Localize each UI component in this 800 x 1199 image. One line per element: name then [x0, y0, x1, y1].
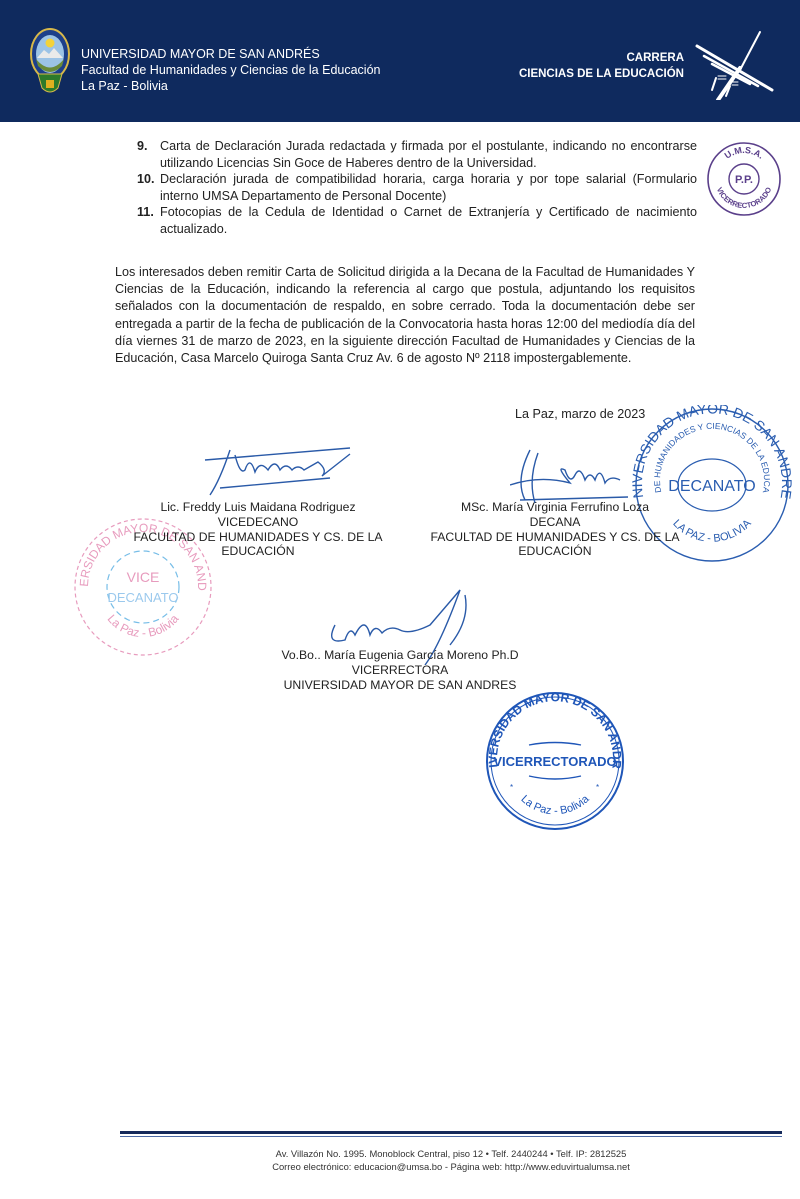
career-label: CARRERA: [519, 50, 684, 66]
footer-divider: [120, 1131, 782, 1137]
item-text: Carta de Declaración Jurada redactada y …: [160, 138, 697, 171]
signer-title: VICEDECANO: [113, 515, 403, 530]
faculty-name: Facultad de Humanidades y Ciencias de la…: [81, 62, 380, 78]
footer-address: Av. Villazón No. 1995. Monoblock Central…: [120, 1147, 782, 1160]
university-name: UNIVERSIDAD MAYOR DE SAN ANDRÉS: [81, 46, 380, 62]
item-number: 11.: [137, 204, 160, 237]
svg-text:La Paz - Bolivia: La Paz - Bolivia: [105, 612, 182, 640]
list-item: 9. Carta de Declaración Jurada redactada…: [137, 138, 697, 171]
signer-unit: FACULTAD DE HUMANIDADES Y CS. DE LA: [410, 530, 700, 545]
svg-text:La Paz - Bolivia: La Paz - Bolivia: [518, 792, 592, 817]
footer: Av. Villazón No. 1995. Monoblock Central…: [120, 1147, 782, 1173]
nazca-condor-icon: [692, 28, 784, 100]
list-item: 10. Declaración jurada de compatibilidad…: [137, 171, 697, 204]
signer-name: MSc. María Virginia Ferrufino Loza: [410, 500, 700, 515]
signer-unit: FACULTAD DE HUMANIDADES Y CS. DE LA: [113, 530, 403, 545]
signature-block-decana: MSc. María Virginia Ferrufino Loza DECAN…: [410, 500, 700, 559]
item-text: Fotocopias de la Cedula de Identidad o C…: [160, 204, 697, 237]
footer-contact: Correo electrónico: educacion@umsa.bo - …: [120, 1160, 782, 1173]
svg-text:VICERRECTORADO: VICERRECTORADO: [715, 186, 774, 210]
pp-vicerrectorado-stamp: U.M.S.A. VICERRECTORADO P.P.: [705, 140, 783, 218]
signer-title: VICERRECTORA: [230, 663, 570, 678]
instructions-paragraph: Los interesados deben remitir Carta de S…: [115, 264, 695, 367]
signer-name: Vo.Bo.. María Eugenia García Moreno Ph.D: [230, 648, 570, 663]
location: La Paz - Bolivia: [81, 78, 380, 94]
svg-text:VICERRECTORADO: VICERRECTORADO: [493, 754, 616, 769]
item-number: 10.: [137, 171, 160, 204]
item-number: 9.: [137, 138, 160, 171]
svg-text:VICE: VICE: [127, 569, 160, 585]
signature-vicedecano: [200, 440, 360, 500]
signer-name: Lic. Freddy Luis Maidana Rodriguez: [113, 500, 403, 515]
svg-text:*: *: [510, 783, 513, 792]
signer-unit-cont: EDUCACIÓN: [113, 544, 403, 559]
signature-block-vicerrectora: Vo.Bo.. María Eugenia García Moreno Ph.D…: [230, 648, 570, 692]
svg-text:DECANATO: DECANATO: [107, 590, 178, 605]
letterhead-header: UNIVERSIDAD MAYOR DE SAN ANDRÉS Facultad…: [0, 0, 800, 122]
signature-block-vicedecano: Lic. Freddy Luis Maidana Rodriguez VICED…: [113, 500, 403, 559]
requirements-list: 9. Carta de Declaración Jurada redactada…: [137, 138, 697, 237]
vicerrectorado-stamp: UNIVERSIDAD MAYOR DE SAN ANDRES La Paz -…: [484, 690, 626, 832]
item-text: Declaración jurada de compatibilidad hor…: [160, 171, 697, 204]
signer-title: DECANA: [410, 515, 700, 530]
place-date: La Paz, marzo de 2023: [515, 407, 645, 421]
bolivia-coat-of-arms-icon: [28, 26, 72, 100]
svg-text:P.P.: P.P.: [735, 174, 753, 186]
svg-text:*: *: [596, 783, 599, 792]
svg-text:DECANATO: DECANATO: [668, 478, 755, 495]
signer-unit-cont: EDUCACIÓN: [410, 544, 700, 559]
list-item: 11. Fotocopias de la Cedula de Identidad…: [137, 204, 697, 237]
career-name: CIENCIAS DE LA EDUCACIÓN: [519, 66, 684, 82]
